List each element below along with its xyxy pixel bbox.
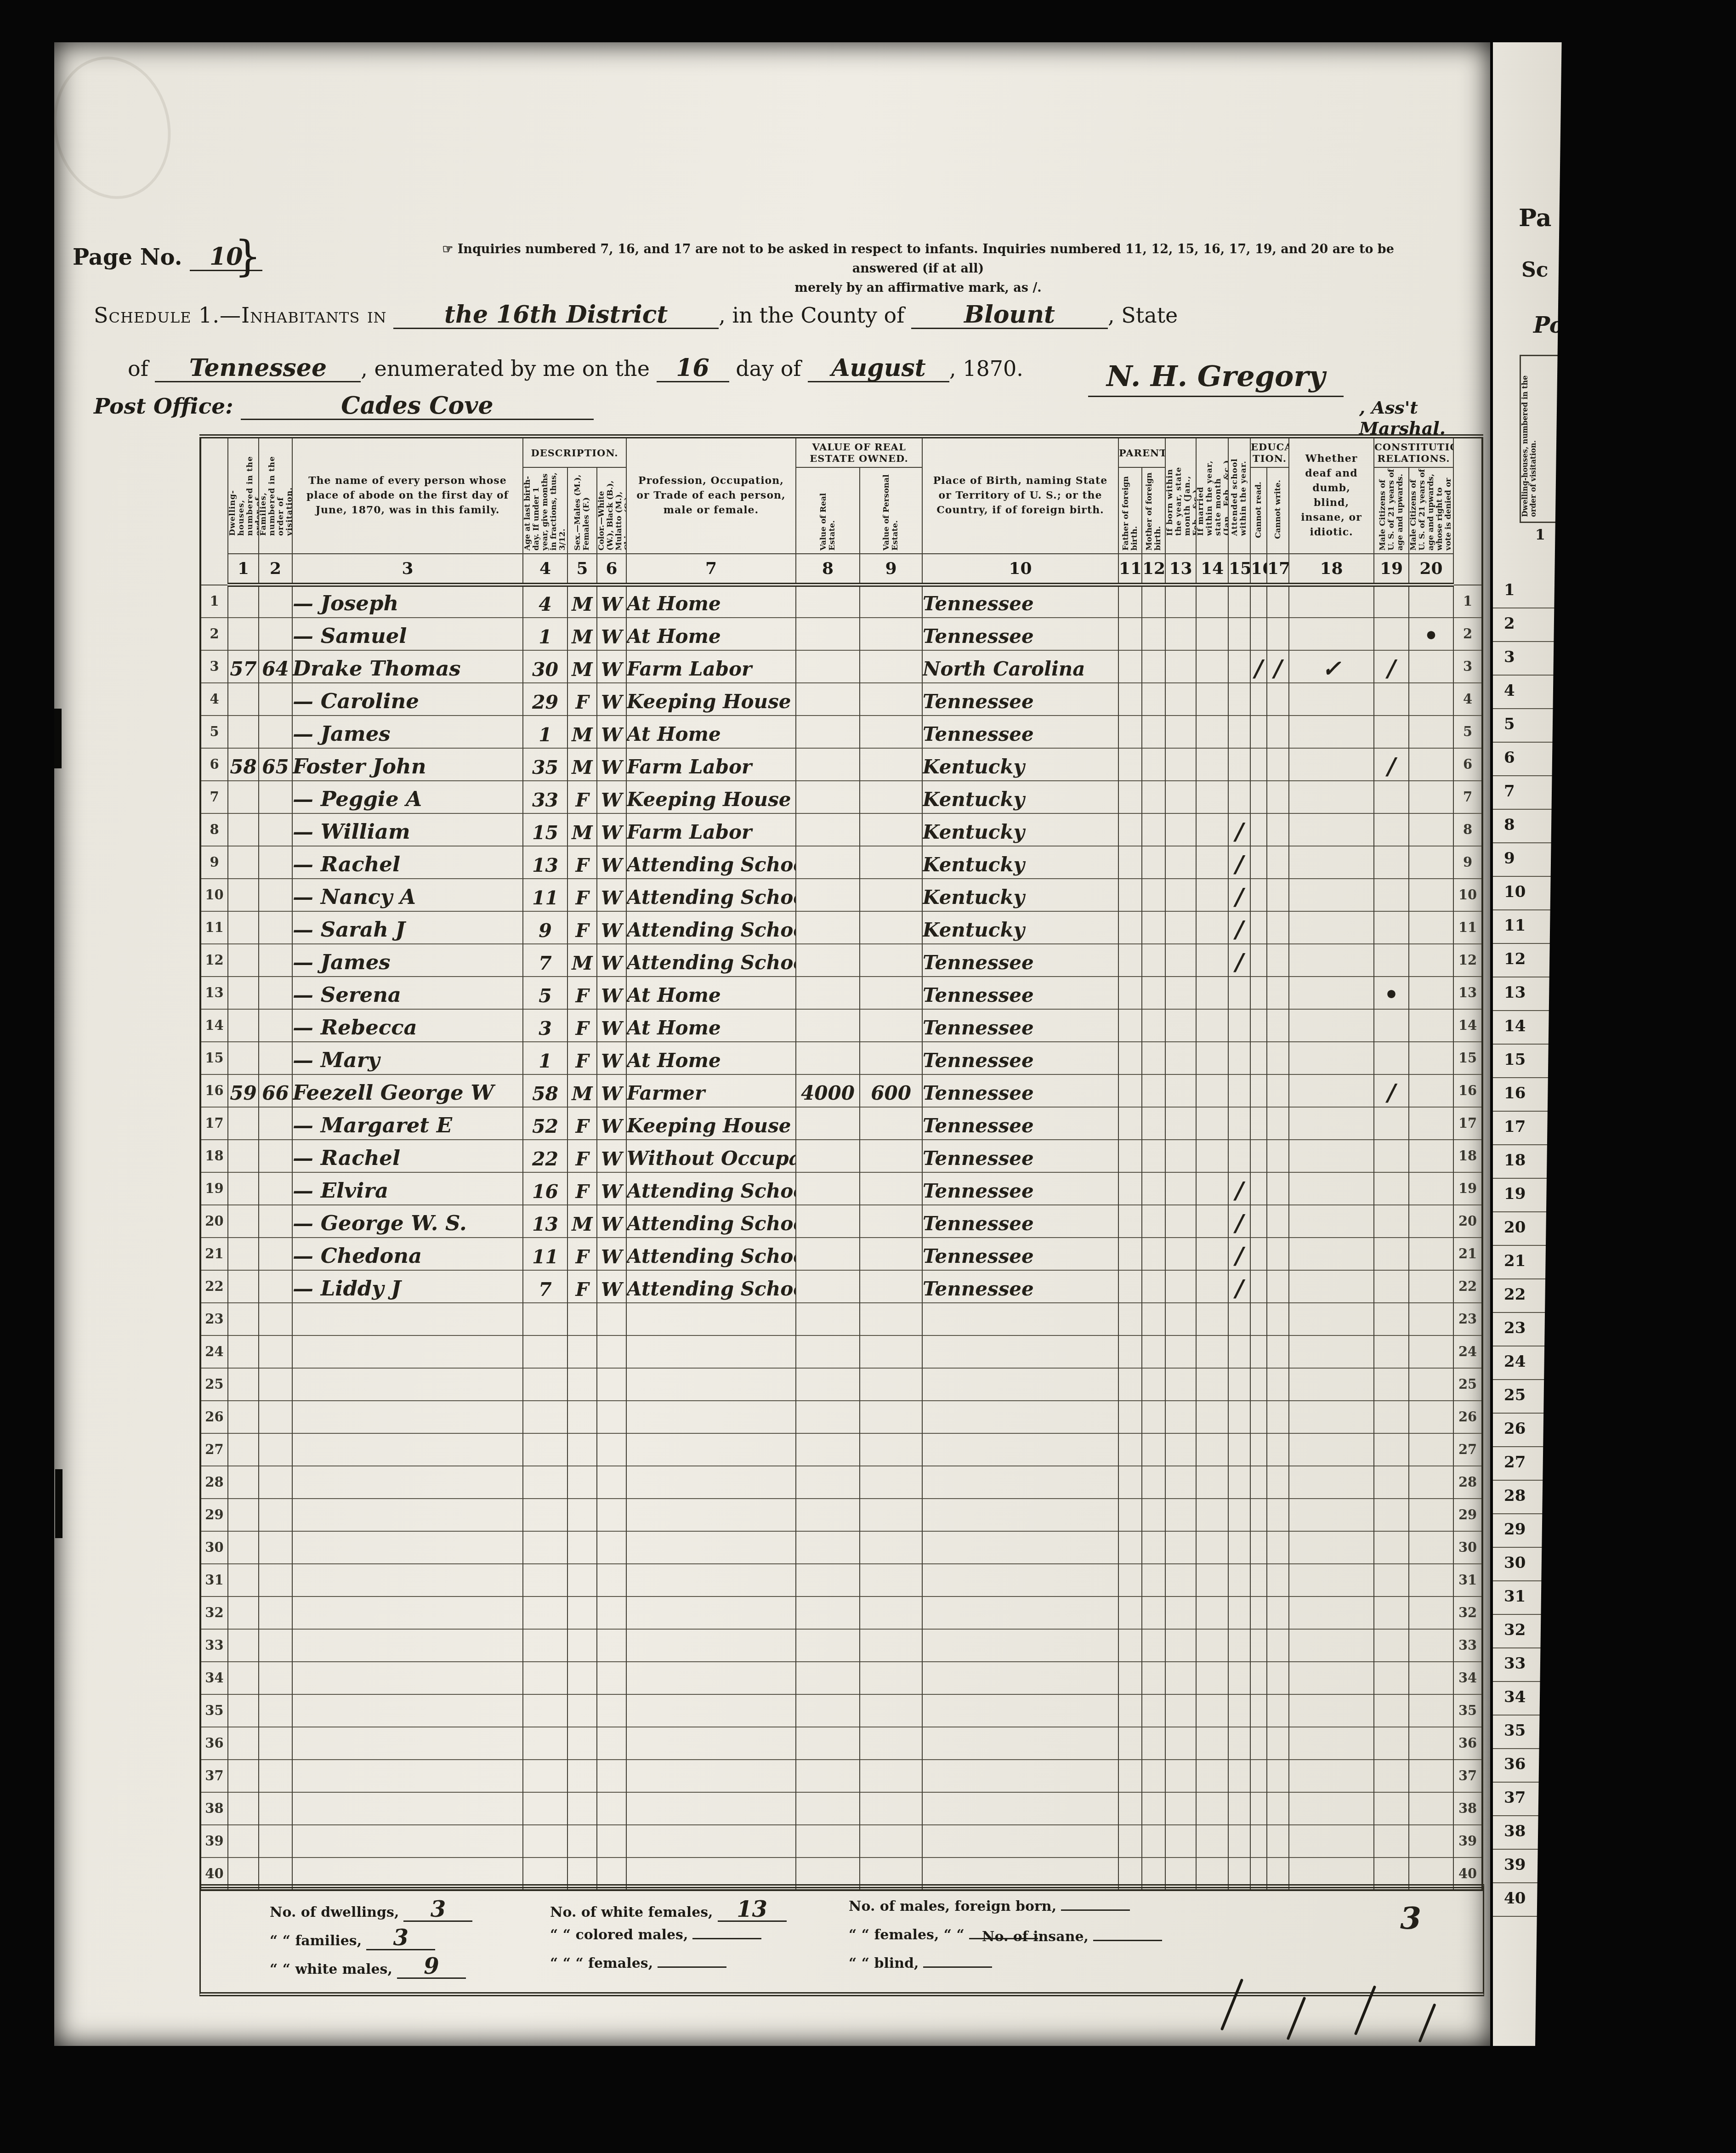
- deaf-dumb-mark: [1289, 1042, 1374, 1074]
- personal-estate-value: [860, 879, 922, 911]
- real-estate-value: [796, 1205, 860, 1238]
- real-estate-value: [796, 1009, 860, 1042]
- row-number-right: 37: [1453, 1760, 1482, 1792]
- dwelling-number: [228, 1466, 259, 1499]
- age: 7: [523, 1270, 567, 1303]
- dwelling-number: 57: [228, 650, 259, 683]
- color: W: [597, 1042, 626, 1074]
- attended-school-mark: [1228, 683, 1250, 716]
- father-foreign-mark: [1118, 1303, 1142, 1335]
- col-header-birthplace: Place of Birth, naming State or Territor…: [922, 437, 1118, 554]
- personal-estate-value: [860, 618, 922, 650]
- male-citizen-mark: [1374, 618, 1409, 650]
- row-number-left: 13: [200, 977, 228, 1009]
- born-month-mark: [1165, 1042, 1196, 1074]
- dwelling-number: [228, 1792, 259, 1825]
- row-number-left: 30: [200, 1531, 228, 1564]
- family-number: [259, 1205, 292, 1238]
- col-header-real-estate: Value of Real Estate.: [796, 467, 860, 554]
- sex: [567, 1303, 597, 1335]
- col-header-deaf-dumb: Whether deaf and dumb, blind, insane, or…: [1289, 437, 1374, 554]
- age: [523, 1433, 567, 1466]
- mother-foreign-mark: [1142, 716, 1165, 748]
- deaf-dumb-mark: [1289, 1466, 1374, 1499]
- occupation: Farm Labor: [626, 748, 796, 781]
- real-estate-value: [796, 1596, 860, 1629]
- deaf-dumb-mark: [1289, 1335, 1374, 1368]
- age: 9: [523, 911, 567, 944]
- row-number-right: 5: [1453, 716, 1482, 748]
- father-foreign-mark: [1118, 1433, 1142, 1466]
- age: [523, 1368, 567, 1401]
- table-row: 3232: [200, 1596, 1482, 1629]
- attended-school-mark: [1228, 1433, 1250, 1466]
- father-foreign-mark: [1118, 813, 1142, 846]
- male-citizen-mark: [1374, 1270, 1409, 1303]
- row-number-right: 38: [1453, 1792, 1482, 1825]
- born-month-mark: [1165, 1172, 1196, 1205]
- group-education: EDUCA-TION.: [1250, 437, 1289, 468]
- male-citizen-mark: [1374, 1499, 1409, 1531]
- dwelling-number: [228, 1531, 259, 1564]
- married-month-mark: [1196, 1433, 1228, 1466]
- enumeration-line: of Tennessee, enumerated by me on the 16…: [128, 356, 1023, 382]
- family-number: [259, 1009, 292, 1042]
- person-name: — Rebecca: [292, 1009, 523, 1042]
- adjacent-page-title-fragment: Pa: [1519, 204, 1551, 232]
- male-citizen-mark: [1374, 1760, 1409, 1792]
- cannot-write-mark: [1267, 1727, 1289, 1760]
- color: W: [597, 911, 626, 944]
- born-month-mark: [1165, 1564, 1196, 1596]
- real-estate-value: [796, 1825, 860, 1858]
- male-citizen-mark: [1374, 1662, 1409, 1694]
- family-number: [259, 1596, 292, 1629]
- person-name: [292, 1727, 523, 1760]
- family-number: [259, 1042, 292, 1074]
- vote-denied-mark: [1409, 1694, 1453, 1727]
- married-month-mark: [1196, 1140, 1228, 1172]
- personal-estate-value: [860, 1009, 922, 1042]
- attended-school-mark: [1228, 1531, 1250, 1564]
- table-row: 3030: [200, 1531, 1482, 1564]
- summary-item: “ “ “ females,: [550, 1955, 844, 1984]
- sex: F: [567, 977, 597, 1009]
- attended-school-mark: /: [1228, 813, 1250, 846]
- real-estate-value: [796, 1238, 860, 1270]
- born-month-mark: [1165, 1074, 1196, 1107]
- sex: [567, 1596, 597, 1629]
- col-header-color: Color.—White (W.), Black (B.), Mulatto (…: [597, 467, 626, 554]
- married-month-mark: [1196, 650, 1228, 683]
- sex: M: [567, 650, 597, 683]
- cannot-write-mark: [1267, 1270, 1289, 1303]
- sex: [567, 1564, 597, 1596]
- born-month-mark: [1165, 1499, 1196, 1531]
- attended-school-mark: /: [1228, 1205, 1250, 1238]
- county-value: Blount: [964, 301, 1055, 329]
- occupation: [626, 1499, 796, 1531]
- table-row: 3434: [200, 1662, 1482, 1694]
- married-month-mark: [1196, 944, 1228, 977]
- birthplace: [922, 1629, 1118, 1662]
- mother-foreign-mark: [1142, 1760, 1165, 1792]
- row-number-left: 2: [200, 618, 228, 650]
- dwelling-number: [228, 1205, 259, 1238]
- row-number-left: 1: [200, 585, 228, 618]
- row-number-right: 17: [1453, 1107, 1482, 1140]
- mother-foreign-mark: [1142, 1107, 1165, 1140]
- col-header-sex: Sex.—Males (M.), Females (F.): [567, 467, 597, 554]
- deaf-dumb-mark: [1289, 1270, 1374, 1303]
- scanned-census-document: { "page": { "page_no_label": "Page No.",…: [0, 0, 1736, 2153]
- married-month-mark: [1196, 1172, 1228, 1205]
- father-foreign-mark: [1118, 1368, 1142, 1401]
- dwelling-number: [228, 1172, 259, 1205]
- married-month-mark: [1196, 1074, 1228, 1107]
- born-month-mark: [1165, 1107, 1196, 1140]
- male-citizen-mark: [1374, 1205, 1409, 1238]
- row-number-right: 21: [1453, 1238, 1482, 1270]
- personal-estate-value: [860, 585, 922, 618]
- married-month-mark: [1196, 618, 1228, 650]
- color: [597, 1368, 626, 1401]
- born-month-mark: [1165, 1401, 1196, 1433]
- married-month-mark: [1196, 1564, 1228, 1596]
- cannot-write-mark: [1267, 1531, 1289, 1564]
- occupation: [626, 1727, 796, 1760]
- birthplace: Tennessee: [922, 944, 1118, 977]
- deaf-dumb-mark: [1289, 1107, 1374, 1140]
- attended-school-mark: [1228, 1825, 1250, 1858]
- col-header-born-month: If born within the year, state month (Ja…: [1165, 437, 1196, 554]
- vote-denied-mark: [1409, 1205, 1453, 1238]
- scan-artifact: [55, 1469, 62, 1538]
- deaf-dumb-mark: [1289, 1531, 1374, 1564]
- of-label: of: [128, 356, 148, 381]
- sex: F: [567, 1172, 597, 1205]
- row-number-right: 28: [1453, 1466, 1482, 1499]
- age: [523, 1466, 567, 1499]
- row-number-left: 10: [200, 879, 228, 911]
- cannot-read-mark: [1250, 1629, 1267, 1662]
- row-number-right: 10: [1453, 879, 1482, 911]
- row-number-left: 6: [200, 748, 228, 781]
- married-month-mark: [1196, 846, 1228, 879]
- age: 1: [523, 716, 567, 748]
- married-month-mark: [1196, 911, 1228, 944]
- sex: F: [567, 879, 597, 911]
- sex: M: [567, 813, 597, 846]
- father-foreign-mark: [1118, 1694, 1142, 1727]
- color: W: [597, 813, 626, 846]
- summary-item: “ “ white males,9: [270, 1955, 545, 1984]
- real-estate-value: [796, 1629, 860, 1662]
- person-name: — James: [292, 716, 523, 748]
- person-name: [292, 1303, 523, 1335]
- cannot-read-mark: [1250, 944, 1267, 977]
- row-number-right: 2: [1453, 618, 1482, 650]
- deaf-dumb-mark: [1289, 813, 1374, 846]
- real-estate-value: [796, 1270, 860, 1303]
- scan-artifact: [54, 709, 62, 768]
- father-foreign-mark: [1118, 911, 1142, 944]
- person-name: [292, 1694, 523, 1727]
- sex: F: [567, 911, 597, 944]
- mother-foreign-mark: [1142, 1727, 1165, 1760]
- row-number-left: 16: [200, 1074, 228, 1107]
- occupation: [626, 1433, 796, 1466]
- birthplace: [922, 1531, 1118, 1564]
- row-number-left: 25: [200, 1368, 228, 1401]
- dwelling-number: [228, 618, 259, 650]
- person-name: — Rachel: [292, 1140, 523, 1172]
- male-citizen-mark: [1374, 1303, 1409, 1335]
- attended-school-mark: [1228, 585, 1250, 618]
- color: [597, 1694, 626, 1727]
- row-number-left: 27: [200, 1433, 228, 1466]
- instructions-line1: ☞ Inquiries numbered 7, 16, and 17 are n…: [408, 240, 1428, 278]
- male-citizen-mark: •: [1374, 977, 1409, 1009]
- vote-denied-mark: [1409, 1629, 1453, 1662]
- personal-estate-value: [860, 846, 922, 879]
- sex: M: [567, 716, 597, 748]
- married-month-mark: [1196, 1270, 1228, 1303]
- birthplace: Tennessee: [922, 1238, 1118, 1270]
- cannot-read-mark: [1250, 1596, 1267, 1629]
- vote-denied-mark: [1409, 1074, 1453, 1107]
- occupation: Keeping House: [626, 1107, 796, 1140]
- father-foreign-mark: [1118, 1042, 1142, 1074]
- cannot-read-mark: [1250, 585, 1267, 618]
- row-number-right: 6: [1453, 748, 1482, 781]
- vote-denied-mark: [1409, 1792, 1453, 1825]
- real-estate-value: [796, 1792, 860, 1825]
- married-month-mark: [1196, 1531, 1228, 1564]
- row-number-left: 8: [200, 813, 228, 846]
- occupation: Attending School: [626, 879, 796, 911]
- dwelling-number: [228, 1238, 259, 1270]
- born-month-mark: [1165, 1238, 1196, 1270]
- married-month-mark: [1196, 1760, 1228, 1792]
- color: [597, 1335, 626, 1368]
- attended-school-mark: [1228, 1368, 1250, 1401]
- row-number-left: 37: [200, 1760, 228, 1792]
- sex: M: [567, 585, 597, 618]
- col-header-occupation: Profession, Occupation, or Trade of each…: [626, 437, 796, 554]
- dwelling-number: [228, 1727, 259, 1760]
- dwelling-number: [228, 1107, 259, 1140]
- person-name: [292, 1401, 523, 1433]
- color: [597, 1499, 626, 1531]
- cannot-read-mark: [1250, 1531, 1267, 1564]
- row-number-right: 14: [1453, 1009, 1482, 1042]
- color: W: [597, 716, 626, 748]
- family-number: [259, 1335, 292, 1368]
- age: 13: [523, 846, 567, 879]
- mother-foreign-mark: [1142, 1074, 1165, 1107]
- mother-foreign-mark: [1142, 781, 1165, 813]
- deaf-dumb-mark: [1289, 1760, 1374, 1792]
- father-foreign-mark: [1118, 716, 1142, 748]
- census-page: Page No. 10 } ☞ Inquiries numbered 7, 16…: [54, 42, 1490, 2046]
- real-estate-value: [796, 1564, 860, 1596]
- row-number-right: 24: [1453, 1335, 1482, 1368]
- occupation: At Home: [626, 716, 796, 748]
- cannot-read-mark: [1250, 1042, 1267, 1074]
- mother-foreign-mark: [1142, 1825, 1165, 1858]
- state-suffix: , State: [1108, 303, 1178, 328]
- family-number: [259, 1727, 292, 1760]
- person-name: [292, 1499, 523, 1531]
- deaf-dumb-mark: [1289, 1564, 1374, 1596]
- born-month-mark: [1165, 1596, 1196, 1629]
- cannot-read-mark: [1250, 1205, 1267, 1238]
- mother-foreign-mark: [1142, 1172, 1165, 1205]
- mother-foreign-mark: [1142, 618, 1165, 650]
- handwritten-tally: 3: [1400, 1900, 1421, 1936]
- father-foreign-mark: [1118, 1009, 1142, 1042]
- table-row: 2— Samuel1MWAt HomeTennessee•2: [200, 618, 1482, 650]
- color: W: [597, 1238, 626, 1270]
- cannot-write-mark: [1267, 911, 1289, 944]
- born-month-mark: [1165, 1205, 1196, 1238]
- row-number-left: 14: [200, 1009, 228, 1042]
- cannot-write-mark: [1267, 585, 1289, 618]
- vote-denied-mark: [1409, 650, 1453, 683]
- row-number-left: 24: [200, 1335, 228, 1368]
- personal-estate-value: [860, 1499, 922, 1531]
- male-citizen-mark: [1374, 879, 1409, 911]
- family-number: [259, 1694, 292, 1727]
- occupation: [626, 1531, 796, 1564]
- male-citizen-mark: [1374, 1727, 1409, 1760]
- row-number-left: 22: [200, 1270, 228, 1303]
- married-month-mark: [1196, 1401, 1228, 1433]
- birthplace: [922, 1499, 1118, 1531]
- male-citizen-mark: [1374, 1401, 1409, 1433]
- sex: M: [567, 1205, 597, 1238]
- cannot-write-mark: [1267, 846, 1289, 879]
- sex: F: [567, 1107, 597, 1140]
- father-foreign-mark: [1118, 1335, 1142, 1368]
- group-description: DESCRIPTION.: [523, 437, 626, 468]
- vote-denied-mark: [1409, 1531, 1453, 1564]
- table-row: 7— Peggie A33FWKeeping HouseKentucky7: [200, 781, 1482, 813]
- real-estate-value: [796, 1303, 860, 1335]
- occupation: Attending School: [626, 1238, 796, 1270]
- vote-denied-mark: [1409, 1825, 1453, 1858]
- attended-school-mark: /: [1228, 1270, 1250, 1303]
- person-name: — Caroline: [292, 683, 523, 716]
- father-foreign-mark: [1118, 1596, 1142, 1629]
- deaf-dumb-mark: [1289, 1009, 1374, 1042]
- cannot-write-mark: [1267, 1466, 1289, 1499]
- vote-denied-mark: [1409, 1140, 1453, 1172]
- age: 33: [523, 781, 567, 813]
- cannot-write-mark: [1267, 1694, 1289, 1727]
- table-row: 3636: [200, 1727, 1482, 1760]
- cannot-write-mark: [1267, 1042, 1289, 1074]
- mother-foreign-mark: [1142, 585, 1165, 618]
- married-month-mark: [1196, 1303, 1228, 1335]
- cannot-write-mark: [1267, 781, 1289, 813]
- attended-school-mark: [1228, 1074, 1250, 1107]
- personal-estate-value: [860, 1825, 922, 1858]
- table-row: 2424: [200, 1335, 1482, 1368]
- mother-foreign-mark: [1142, 1694, 1165, 1727]
- cannot-read-mark: [1250, 1727, 1267, 1760]
- person-name: — Peggie A: [292, 781, 523, 813]
- cannot-write-mark: [1267, 1335, 1289, 1368]
- married-month-mark: [1196, 1009, 1228, 1042]
- real-estate-value: [796, 846, 860, 879]
- occupation: Farm Labor: [626, 650, 796, 683]
- birthplace: Tennessee: [922, 1074, 1118, 1107]
- personal-estate-value: [860, 977, 922, 1009]
- vote-denied-mark: [1409, 1564, 1453, 1596]
- row-number-left: 17: [200, 1107, 228, 1140]
- attended-school-mark: [1228, 748, 1250, 781]
- mother-foreign-mark: [1142, 977, 1165, 1009]
- row-number-right: 20: [1453, 1205, 1482, 1238]
- row-number-left: 26: [200, 1401, 228, 1433]
- summary-item: No. of white females,13: [550, 1898, 844, 1927]
- family-number: [259, 683, 292, 716]
- age: 15: [523, 813, 567, 846]
- born-month-mark: [1165, 781, 1196, 813]
- deaf-dumb-mark: [1289, 1596, 1374, 1629]
- dwelling-number: [228, 1042, 259, 1074]
- cannot-read-mark: [1250, 1107, 1267, 1140]
- real-estate-value: [796, 1433, 860, 1466]
- birthplace: Kentucky: [922, 879, 1118, 911]
- dwelling-number: [228, 846, 259, 879]
- row-number-left: 3: [200, 650, 228, 683]
- row-number-left: 33: [200, 1629, 228, 1662]
- row-number-right: 9: [1453, 846, 1482, 879]
- person-name: — Serena: [292, 977, 523, 1009]
- person-name: [292, 1335, 523, 1368]
- father-foreign-mark: [1118, 683, 1142, 716]
- dwelling-number: [228, 1662, 259, 1694]
- occupation: Attending School: [626, 1172, 796, 1205]
- row-number-left: 5: [200, 716, 228, 748]
- table-row: 3333: [200, 1629, 1482, 1662]
- attended-school-mark: /: [1228, 911, 1250, 944]
- married-month-mark: [1196, 1205, 1228, 1238]
- sex: [567, 1401, 597, 1433]
- color: W: [597, 585, 626, 618]
- table-row: 19— Elvira16FWAttending SchoolTennessee/…: [200, 1172, 1482, 1205]
- person-name: — Nancy A: [292, 879, 523, 911]
- attended-school-mark: [1228, 1107, 1250, 1140]
- occupation: [626, 1401, 796, 1433]
- male-citizen-mark: [1374, 1629, 1409, 1662]
- dwelling-number: [228, 1564, 259, 1596]
- person-name: [292, 1531, 523, 1564]
- real-estate-value: [796, 1466, 860, 1499]
- row-number-right: 18: [1453, 1140, 1482, 1172]
- color: [597, 1303, 626, 1335]
- dwelling-number: [228, 781, 259, 813]
- cannot-write-mark: [1267, 1433, 1289, 1466]
- cannot-read-mark: /: [1250, 650, 1267, 683]
- row-number-left: 12: [200, 944, 228, 977]
- cannot-read-mark: [1250, 1792, 1267, 1825]
- mother-foreign-mark: [1142, 650, 1165, 683]
- table-row: 2929: [200, 1499, 1482, 1531]
